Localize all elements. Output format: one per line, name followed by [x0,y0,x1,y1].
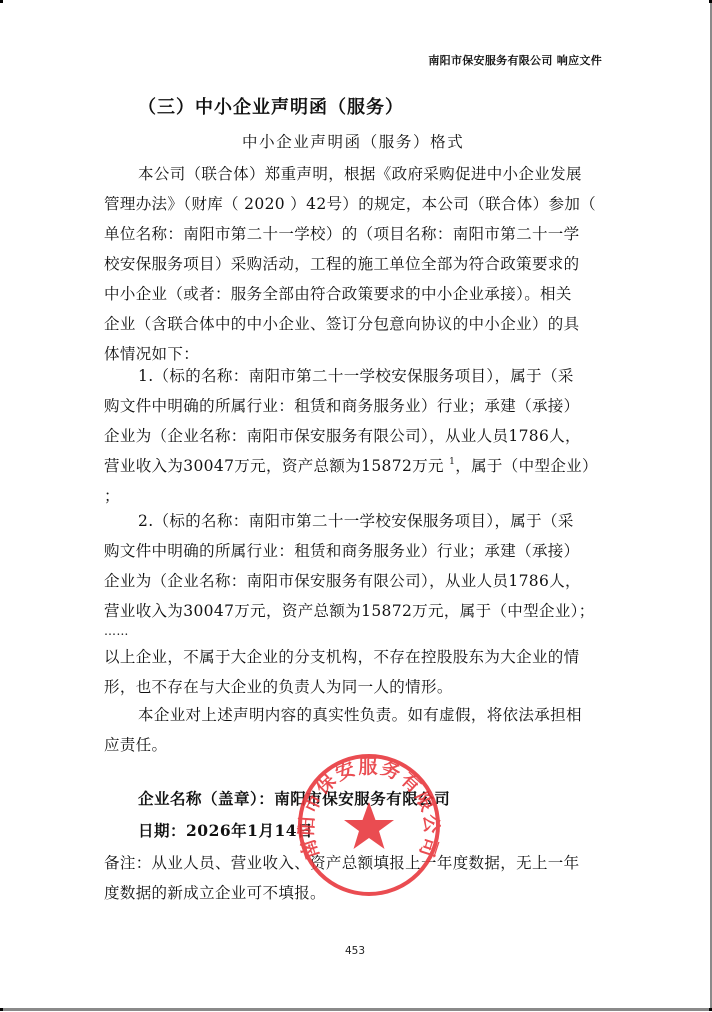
page-corner-marker [0,1008,3,1011]
statement-paragraph: 以上企业，不属于大企业的分支机构，不存在控股股东为大企业的情 形，也不存在与大企… [104,642,606,702]
text-line: 形，也不存在与大企业的负责人为同一人的情形。 [104,672,606,702]
enterprise-item-2: 2.（标的名称：南阳市第二十一学校安保服务项目），属于（采 购文件中明确的所属行… [104,506,606,626]
text-line: 营业收入为30047万元，资产总额为15872万元 1，属于（中型企业） [104,451,606,481]
text-line: 管理办法》（财库（ 2020 ）42号）的规定，本公司（联合体）参加（ [104,189,606,219]
responsibility-paragraph: 本企业对上述声明内容的真实性负责。如有虚假，将依法承担相 应责任。 [104,700,606,760]
text-line: 1.（标的名称：南阳市第二十一学校安保服务项目），属于（采 [104,361,606,391]
note-paragraph: 备注：从业人员、营业收入、资产总额填报上一年度数据，无上一年 度数据的新成立企业… [104,848,606,908]
text-line: 购文件中明确的所属行业：租赁和商务服务业）行业；承建（承接） [104,536,606,566]
text-line: 度数据的新成立企业可不填报。 [104,878,606,908]
text-line: 单位名称：南阳市第二十一学校）的（项目名称：南阳市第二十一学 [104,219,606,249]
running-header: 南阳市保安服务有限公司 响应文件 [428,52,602,68]
text-line: 本公司（联合体）郑重声明，根据《政府采购促进中小企业发展 [104,159,606,189]
text-line: 以上企业，不属于大企业的分支机构，不存在控股股东为大企业的情 [104,642,606,672]
section-title: （三）中小企业声明函（服务） [138,93,404,119]
date-line: 日期：2026年1月14日 [138,819,313,841]
star-icon [344,802,394,849]
text-segment: ，属于（中型企业） [455,457,598,475]
text-line: 企业（含联合体中的中小企业、签订分包意向协议的中小企业）的具 [104,309,606,339]
text-line: 2.（标的名称：南阳市第二十一学校安保服务项目），属于（采 [104,506,606,536]
date-label: 日期： [138,821,186,840]
document-page: 南阳市保安服务有限公司 响应文件 （三）中小企业声明函（服务） 中小企业声明函（… [0,0,712,1011]
declaration-intro: 本公司（联合体）郑重声明，根据《政府采购促进中小企业发展 管理办法》（财库（ 2… [104,159,606,369]
text-line: 本企业对上述声明内容的真实性负责。如有虚假，将依法承担相 [104,700,606,730]
company-name: 南阳市保安服务有限公司 [274,789,450,808]
company-signature-line: 企业名称（盖章）：南阳市保安服务有限公司 [138,787,450,809]
text-line: 购文件中明确的所属行业：租赁和商务服务业）行业；承建（承接） [104,391,606,421]
text-line: 企业为（企业名称：南阳市保安服务有限公司），从业人员1786人， [104,421,606,451]
enterprise-item-1: 1.（标的名称：南阳市第二十一学校安保服务项目），属于（采 购文件中明确的所属行… [104,361,606,511]
form-title: 中小企业声明函（服务）格式 [242,130,464,152]
text-line: 中小企业（或者：服务全部由符合政策要求的中小企业承接）。相关 [104,279,606,309]
text-line: 企业为（企业名称：南阳市保安服务有限公司），从业人员1786人， [104,566,606,596]
intro-paragraph: 本公司（联合体）郑重声明，根据《政府采购促进中小企业发展 管理办法》（财库（ 2… [104,159,606,369]
page-number: 453 [345,945,365,957]
ellipsis: …… [104,620,606,642]
text-line: 备注：从业人员、营业收入、资产总额填报上一年度数据，无上一年 [104,848,606,878]
company-label: 企业名称（盖章）： [138,789,274,808]
text-segment: 营业收入为30047万元，资产总额为15872万元 [104,457,449,475]
text-line: 校安保服务项目）采购活动，工程的施工单位全部为符合政策要求的 [104,249,606,279]
page-corner-marker [0,0,3,3]
date-value: 2026年1月14日 [186,821,313,840]
text-line: 应责任。 [104,730,606,760]
